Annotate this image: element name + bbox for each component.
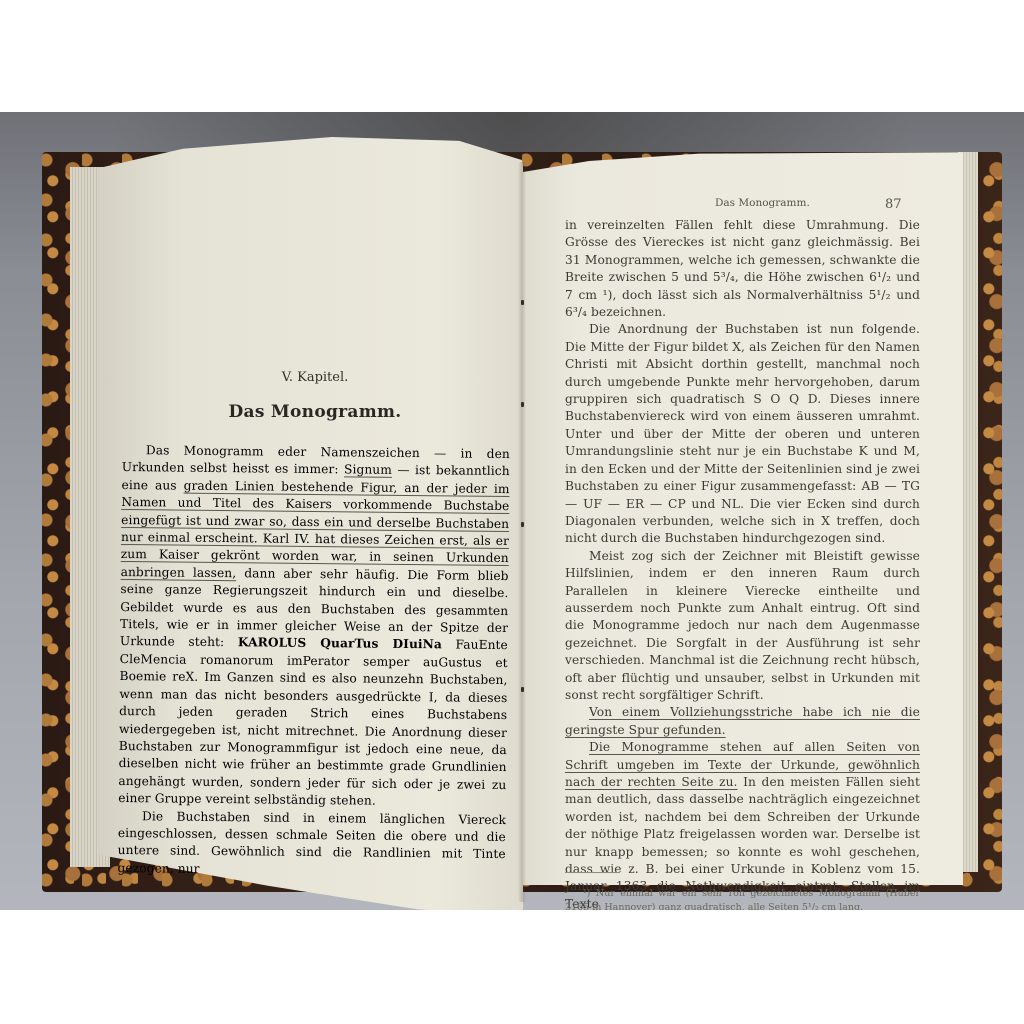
- chapter-title: Das Monogramm.: [215, 402, 415, 422]
- paragraph: Die Anordnung der Buchstaben ist nun fol…: [565, 321, 920, 547]
- text-segment: FauEnte CleMencia romanorum imPerator se…: [118, 638, 508, 808]
- underlined-text: graden Linien bestehende Figur, an der j…: [121, 478, 510, 580]
- left-page-body: Das Monogramm eder Namenszeichen — in de…: [117, 442, 510, 881]
- paragraph: Das Monogramm eder Namenszeichen — in de…: [118, 442, 510, 812]
- paragraph: Die Buchstaben sind in einem länglichen …: [117, 808, 506, 882]
- paragraph: in vereinzelten Fällen fehlt diese Umrah…: [565, 217, 920, 321]
- text-segment: in vereinzelten Fällen fehlt diese Umrah…: [565, 218, 920, 319]
- gutter-speck: [521, 522, 524, 527]
- page-number: 87: [885, 197, 902, 212]
- text-segment: Die Anordnung der Buchstaben ist nun fol…: [565, 322, 920, 545]
- underlined-text: Signum: [344, 463, 392, 478]
- underlined-text: Von einem Vollziehungsstriche habe ich n…: [565, 705, 920, 736]
- text-segment: KAROLUS QuarTus DIuiNa: [238, 636, 442, 652]
- paragraph: Von einem Vollziehungsstriche habe ich n…: [565, 704, 920, 739]
- right-page-body: in vereinzelten Fällen fehlt diese Umrah…: [565, 217, 920, 910]
- photo-scene: V. Kapitel. Das Monogramm. Das Monogramm…: [0, 112, 1024, 910]
- book-gutter: [518, 162, 526, 902]
- text-segment: Meist zog sich der Zeichner mit Bleistif…: [565, 549, 920, 702]
- footnote: ¹) Nur einmal war ein sehr roh gezeichne…: [565, 887, 920, 910]
- chapter-label: V. Kapitel.: [255, 370, 375, 385]
- text-segment: Die Buchstaben sind in einem länglichen …: [117, 809, 506, 876]
- gutter-speck: [521, 402, 524, 407]
- paragraph: Die Monogramme stehen auf allen Seiten v…: [565, 739, 920, 910]
- paragraph: Meist zog sich der Zeichner mit Bleistif…: [565, 548, 920, 705]
- gutter-speck: [521, 300, 524, 305]
- gutter-speck: [521, 687, 524, 692]
- footnote-rule: [565, 872, 620, 873]
- running-head: Das Monogramm.: [715, 197, 810, 209]
